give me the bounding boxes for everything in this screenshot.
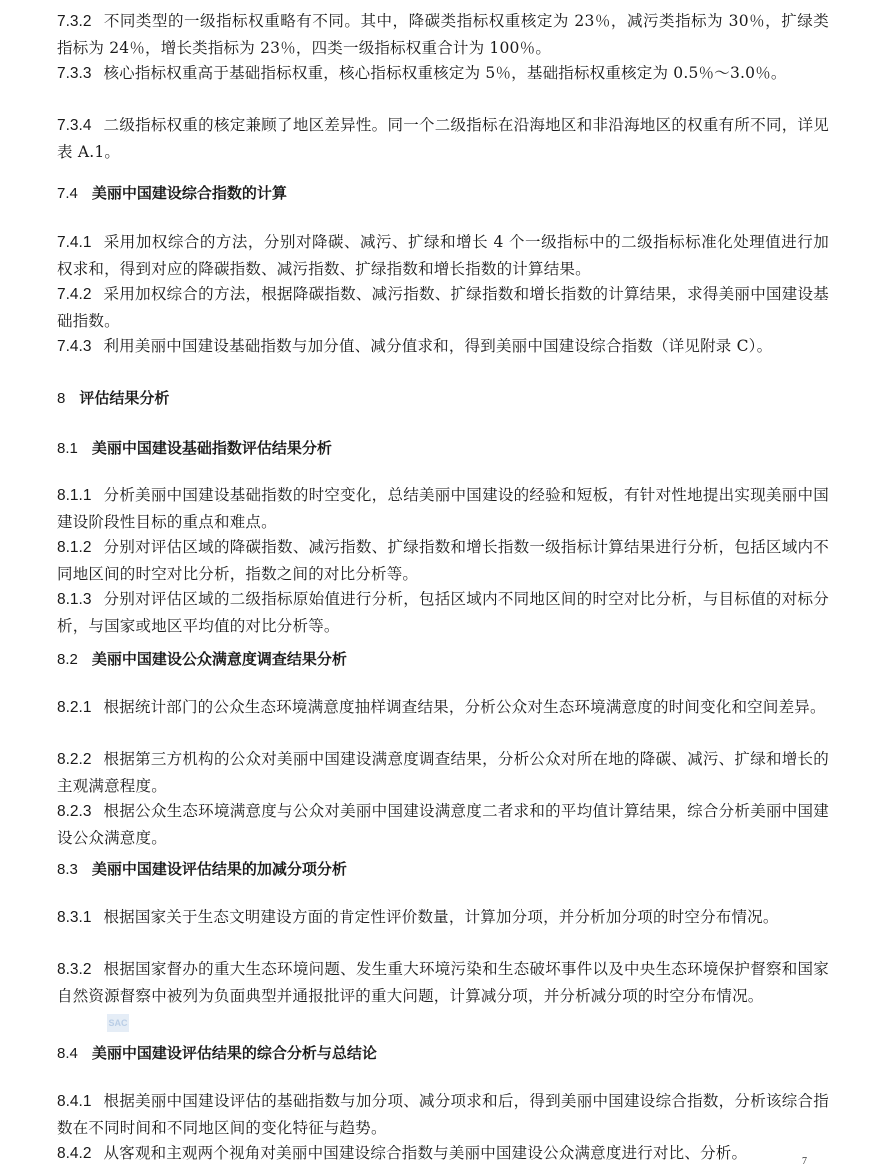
clause-7-3-4: 7.3.4二级指标权重的核定兼顾了地区差异性。同一个二级指标在沿海地区和非沿海地…: [57, 112, 829, 165]
clause-8-1-2: 8.1.2分别对评估区域的降碳指数、减污指数、扩绿指数和增长指数一级指标计算结果…: [57, 534, 829, 587]
clause-number: 8.2.3: [57, 803, 91, 820]
section-heading-8-4: 8.4美丽中国建设评估结果的综合分析与总结论: [57, 1040, 377, 1067]
clause-7-4-1: 7.4.1采用加权综合的方法，分别对降碳、减污、扩绿和增长 4 个一级指标中的二…: [57, 229, 829, 282]
section-number: 8.3: [57, 861, 78, 878]
clause-number: 8.4.2: [57, 1145, 91, 1162]
chapter-title: 评估结果分析: [79, 389, 169, 407]
clause-text: 根据国家督办的重大生态环境问题、发生重大环境污染和生态破坏事件以及中央生态环境保…: [57, 960, 829, 1005]
clause-8-4-2: 8.4.2从客观和主观两个视角对美丽中国建设综合指数与美丽中国建设公众满意度进行…: [57, 1140, 829, 1167]
clause-7-3-2: 7.3.2不同类型的一级指标权重略有不同。其中，降碳类指标权重核定为 23％，减…: [57, 8, 829, 61]
section-title: 美丽中国建设综合指数的计算: [92, 184, 287, 202]
clause-8-2-2: 8.2.2根据第三方机构的公众对美丽中国建设满意度调查结果，分析公众对所在地的降…: [57, 746, 829, 799]
section-number: 8.2: [57, 651, 78, 668]
clause-number: 7.3.3: [57, 65, 91, 82]
clause-text: 根据国家关于生态文明建设方面的肯定性评价数量，计算加分项，并分析加分项的时空分布…: [103, 908, 778, 926]
clause-8-1-1: 8.1.1分析美丽中国建设基础指数的时空变化，总结美丽中国建设的经验和短板，有针…: [57, 482, 829, 535]
section-title: 美丽中国建设基础指数评估结果分析: [92, 439, 332, 457]
clause-8-2-1: 8.2.1根据统计部门的公众生态环境满意度抽样调查结果，分析公众对生态环境满意度…: [57, 694, 829, 721]
section-heading-8-2: 8.2美丽中国建设公众满意度调查结果分析: [57, 646, 347, 673]
section-heading-8-3: 8.3美丽中国建设评估结果的加减分项分析: [57, 856, 347, 883]
chapter-number: 8: [57, 390, 65, 407]
clause-7-3-3: 7.3.3核心指标权重高于基础指标权重，核心指标权重核定为 5％，基础指标权重核…: [57, 60, 829, 87]
page-number: 7: [802, 1156, 807, 1167]
clause-text: 分别对评估区域的二级指标原始值进行分析，包括区域内不同地区间的时空对比分析，与目…: [57, 590, 829, 635]
clause-text: 根据第三方机构的公众对美丽中国建设满意度调查结果，分析公众对所在地的降碳、减污、…: [57, 750, 829, 795]
clause-number: 8.3.1: [57, 909, 91, 926]
clause-number: 7.4.3: [57, 338, 91, 355]
clause-number: 7.4.1: [57, 234, 91, 251]
clause-text: 分别对评估区域的降碳指数、减污指数、扩绿指数和增长指数一级指标计算结果进行分析，…: [57, 538, 829, 583]
sac-watermark-icon: SAC: [107, 1014, 129, 1032]
clause-7-4-3: 7.4.3利用美丽中国建设基础指数与加分值、减分值求和，得到美丽中国建设综合指数…: [57, 333, 829, 360]
clause-8-3-1: 8.3.1根据国家关于生态文明建设方面的肯定性评价数量，计算加分项，并分析加分项…: [57, 904, 829, 931]
clause-text: 利用美丽中国建设基础指数与加分值、减分值求和，得到美丽中国建设综合指数（详见附录…: [103, 337, 772, 355]
clause-text: 二级指标权重的核定兼顾了地区差异性。同一个二级指标在沿海地区和非沿海地区的权重有…: [57, 116, 829, 161]
clause-text: 采用加权综合的方法，分别对降碳、减污、扩绿和增长 4 个一级指标中的二级指标标准…: [57, 233, 829, 278]
clause-text: 分析美丽中国建设基础指数的时空变化，总结美丽中国建设的经验和短板，有针对性地提出…: [57, 486, 829, 531]
section-number: 8.1: [57, 440, 78, 457]
clause-number: 8.2.1: [57, 699, 91, 716]
clause-text: 不同类型的一级指标权重略有不同。其中，降碳类指标权重核定为 23％，减污类指标为…: [57, 12, 829, 57]
clause-8-3-2: 8.3.2根据国家督办的重大生态环境问题、发生重大环境污染和生态破坏事件以及中央…: [57, 956, 829, 1009]
clause-number: 7.3.4: [57, 117, 91, 134]
section-title: 美丽中国建设评估结果的加减分项分析: [92, 860, 347, 878]
clause-text: 从客观和主观两个视角对美丽中国建设综合指数与美丽中国建设公众满意度进行对比、分析…: [103, 1144, 747, 1162]
clause-7-4-2: 7.4.2采用加权综合的方法，根据降碳指数、减污指数、扩绿指数和增长指数的计算结…: [57, 281, 829, 334]
clause-number: 7.4.2: [57, 286, 91, 303]
clause-8-1-3: 8.1.3分别对评估区域的二级指标原始值进行分析，包括区域内不同地区间的时空对比…: [57, 586, 829, 639]
clause-8-4-1: 8.4.1根据美丽中国建设评估的基础指数与加分项、减分项求和后，得到美丽中国建设…: [57, 1088, 829, 1141]
clause-text: 根据美丽中国建设评估的基础指数与加分项、减分项求和后，得到美丽中国建设综合指数，…: [57, 1092, 829, 1137]
clause-8-2-3: 8.2.3根据公众生态环境满意度与公众对美丽中国建设满意度二者求和的平均值计算结…: [57, 798, 829, 851]
clause-text: 根据统计部门的公众生态环境满意度抽样调查结果，分析公众对生态环境满意度的时间变化…: [103, 698, 825, 716]
clause-number: 7.3.2: [57, 13, 91, 30]
chapter-heading-8: 8评估结果分析: [57, 385, 169, 412]
section-number: 8.4: [57, 1045, 78, 1062]
clause-number: 8.1.3: [57, 591, 91, 608]
clause-number: 8.4.1: [57, 1093, 91, 1110]
section-heading-7-4: 7.4美丽中国建设综合指数的计算: [57, 180, 287, 207]
section-heading-8-1: 8.1美丽中国建设基础指数评估结果分析: [57, 435, 332, 462]
clause-number: 8.1.2: [57, 539, 91, 556]
section-title: 美丽中国建设公众满意度调查结果分析: [92, 650, 347, 668]
clause-number: 8.1.1: [57, 487, 91, 504]
section-title: 美丽中国建设评估结果的综合分析与总结论: [92, 1044, 377, 1062]
clause-text: 采用加权综合的方法，根据降碳指数、减污指数、扩绿指数和增长指数的计算结果，求得美…: [57, 285, 829, 330]
clause-number: 8.3.2: [57, 961, 91, 978]
clause-text: 根据公众生态环境满意度与公众对美丽中国建设满意度二者求和的平均值计算结果，综合分…: [57, 802, 829, 847]
clause-number: 8.2.2: [57, 751, 91, 768]
section-number: 7.4: [57, 185, 78, 202]
clause-text: 核心指标权重高于基础指标权重，核心指标权重核定为 5％，基础指标权重核定为 0.…: [103, 64, 786, 82]
